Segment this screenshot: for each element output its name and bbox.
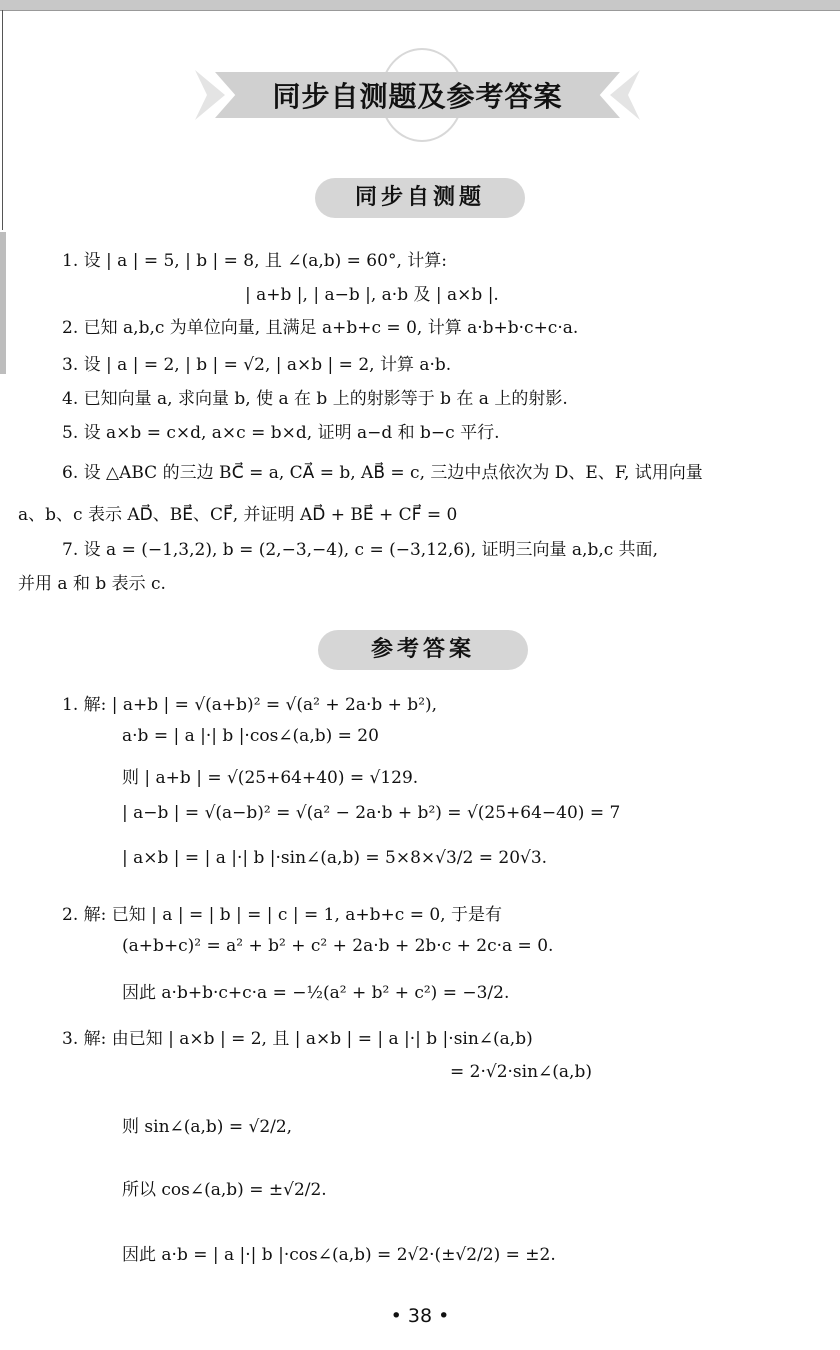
answer-line: 2. 解: 已知 | a | = | b | = | c | = 1, a+b+… (62, 900, 502, 925)
banner-title: 同步自测题及参考答案 (195, 75, 640, 115)
answer-line: | a×b | = | a |·| b |·sin∠(a,b) = 5×8×√3… (122, 848, 547, 868)
exercise-line: 4. 已知向量 a, 求向量 b, 使 a 在 b 上的射影等于 b 在 a 上… (62, 384, 568, 409)
answer-line: 所以 cos∠(a,b) = ±√2/2. (122, 1175, 327, 1200)
exercise-line: 6. 设 △ABC 的三边 BC⃗ = a, CA⃗ = b, AB⃗ = c,… (62, 458, 703, 483)
answer-line: (a+b+c)² = a² + b² + c² + 2a·b + 2b·c + … (122, 936, 553, 956)
exercise-line: 2. 已知 a,b,c 为单位向量, 且满足 a+b+c = 0, 计算 a·b… (62, 313, 578, 338)
answer-line: 因此 a·b = | a |·| b |·cos∠(a,b) = 2√2·(±√… (122, 1240, 556, 1265)
page-binding-shadow (0, 232, 6, 374)
section-title-exercises: 同步自测题 (315, 178, 525, 218)
answer-line: 则 | a+b | = √(25+64+40) = √129. (122, 763, 418, 788)
exercise-line: 并用 a 和 b 表示 c. (18, 569, 166, 594)
answer-line: a·b = | a |·| b |·cos∠(a,b) = 20 (122, 726, 379, 746)
exercise-line: 1. 设 | a | = 5, | b | = 8, 且 ∠(a,b) = 60… (62, 246, 447, 271)
answer-line: 1. 解: | a+b | = √(a+b)² = √(a² + 2a·b + … (62, 690, 437, 715)
section-title-answers: 参考答案 (318, 630, 528, 670)
answer-line: | a−b | = √(a−b)² = √(a² − 2a·b + b²) = … (122, 803, 620, 823)
answer-line: 因此 a·b+b·c+c·a = −½(a² + b² + c²) = −3/2… (122, 978, 509, 1003)
exercise-line: a、b、c 表示 AD⃗、BE⃗、CF⃗, 并证明 AD⃗ + BE⃗ + CF… (18, 500, 457, 525)
exercise-line: 3. 设 | a | = 2, | b | = √2, | a×b | = 2,… (62, 350, 451, 375)
exercise-line: 7. 设 a = (−1,3,2), b = (2,−3,−4), c = (−… (62, 535, 658, 560)
answer-line: 3. 解: 由已知 | a×b | = 2, 且 | a×b | = | a |… (62, 1024, 533, 1049)
page-number: • 38 • (0, 1305, 840, 1327)
answer-line: 则 sin∠(a,b) = √2/2, (122, 1112, 292, 1137)
page-left-edge (2, 10, 3, 230)
exercise-line: | a+b |, | a−b |, a·b 及 | a×b |. (245, 280, 499, 305)
answer-line: = 2·√2·sin∠(a,b) (450, 1062, 592, 1082)
chapter-banner: 同步自测题及参考答案 (195, 45, 640, 145)
exercise-line: 5. 设 a×b = c×d, a×c = b×d, 证明 a−d 和 b−c … (62, 418, 500, 443)
page-top-edge (0, 0, 840, 11)
